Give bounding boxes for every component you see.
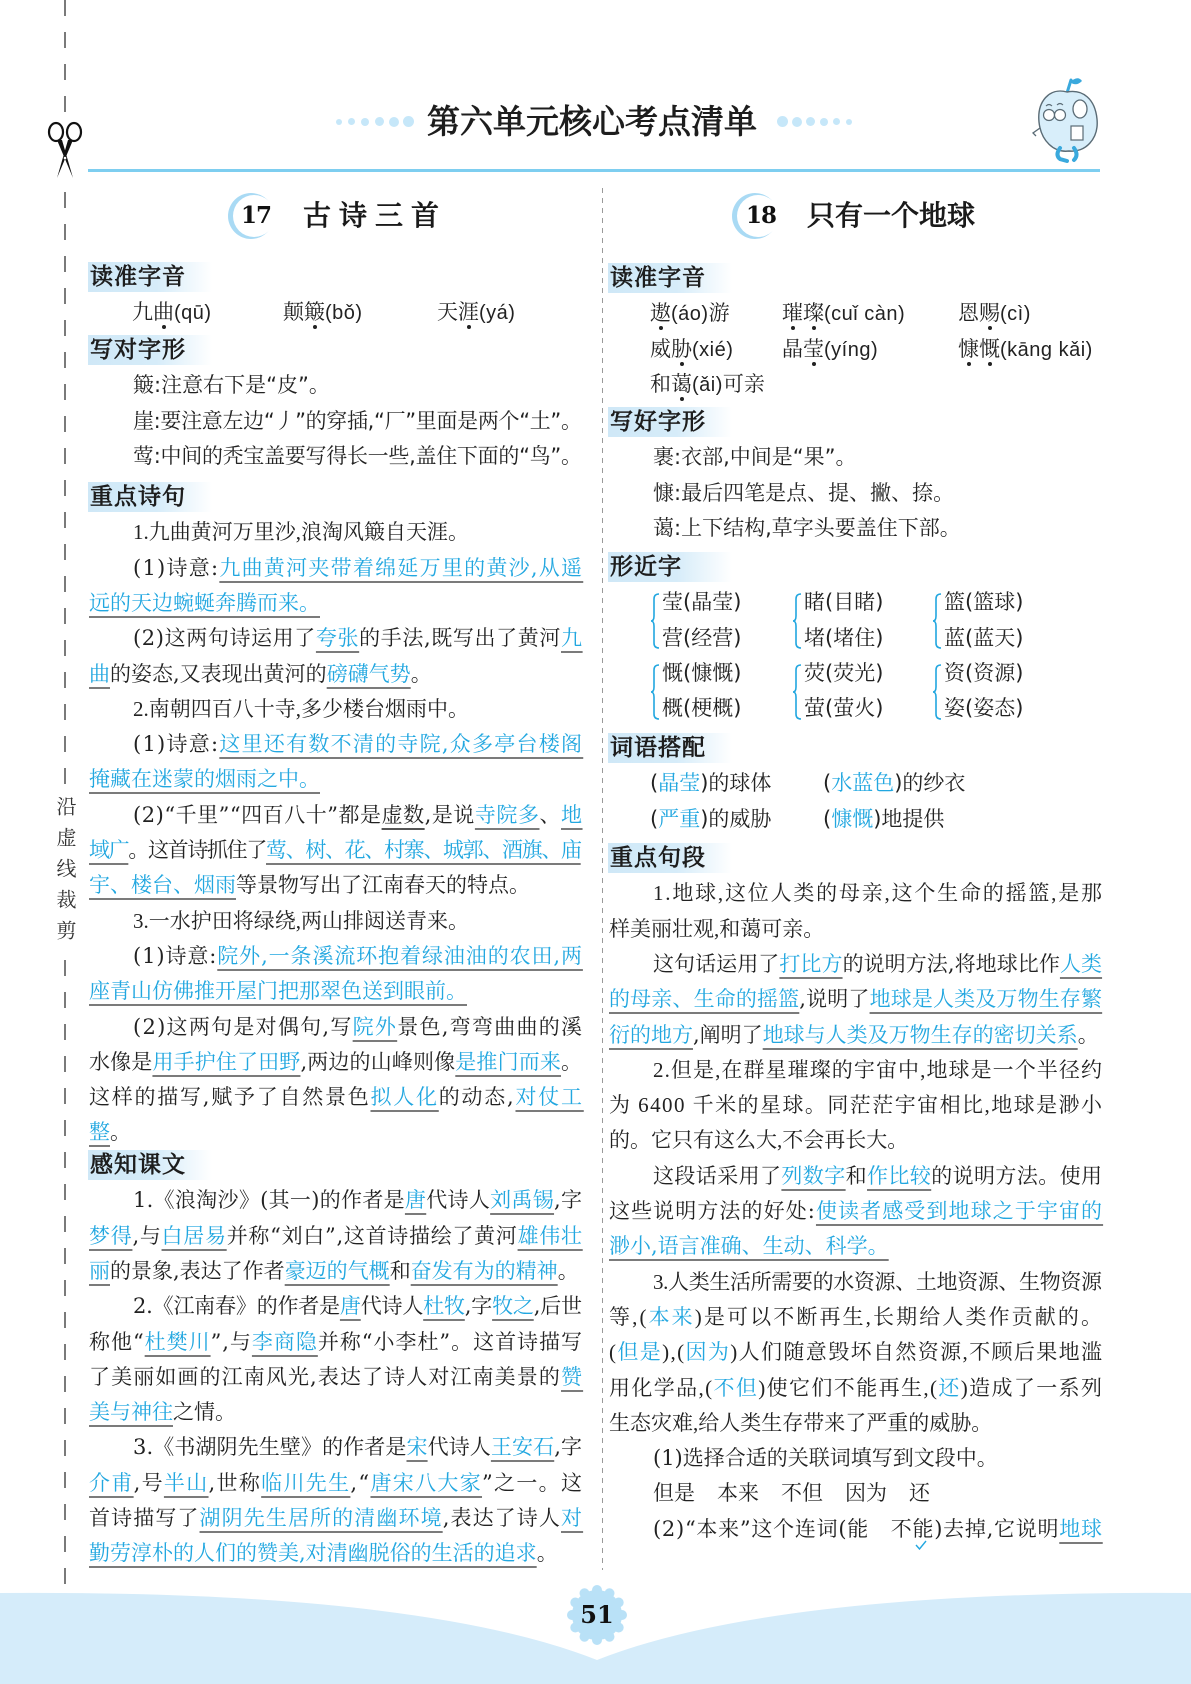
text-line: 整。 bbox=[89, 1115, 582, 1150]
section-pronunciation-17: 读准字音 九曲(qū)颠簸(bǒ)天涯(yá) bbox=[89, 262, 582, 331]
answer-text: 对仗工 bbox=[515, 1085, 583, 1109]
lesson-title: 只有一个地球 bbox=[807, 193, 975, 239]
text-line: 的。它只有这么大,不会再长大。 bbox=[609, 1123, 1102, 1158]
dotted-char: 涯 bbox=[458, 295, 479, 330]
text-run: 莺:中间的秃宝盖要写得长一些,盖住下面的“鸟”。 bbox=[133, 444, 582, 468]
pinyin-text: (ǎi) bbox=[692, 374, 723, 396]
decor-dot bbox=[403, 116, 414, 127]
word-bank: 但是本来不但因为还 bbox=[609, 1476, 1102, 1511]
answer-text: 打比方 bbox=[779, 952, 842, 976]
text-line: 生态灾难,给人类生存带来了严重的威胁。 bbox=[609, 1406, 1102, 1441]
section-heading: 写对字形 bbox=[88, 335, 212, 365]
answer-text: 宇、楼台、烟雨 bbox=[89, 873, 236, 897]
text-line: (1)诗意:九曲黄河夹带着绵延万里的黄沙,从遥 bbox=[89, 551, 582, 586]
word-char: 晶 bbox=[782, 337, 803, 361]
text-line: 用化学品,(不但)使它们不能再生,(还)造成了一系列 bbox=[609, 1371, 1102, 1406]
paragraph: 蔼:上下结构,草字头要盖住下部。 bbox=[609, 511, 1102, 546]
similar-char-word: 资(资源) bbox=[944, 656, 1023, 691]
section-heading: 感知课文 bbox=[88, 1150, 212, 1180]
text-line: (2)“千里”“四百八十”都是虚数,是说寺院多、地 bbox=[89, 798, 582, 833]
column-divider-dashed bbox=[602, 188, 603, 1570]
paragraph: 这段话采用了列数字和作比较的说明方法。使用这些说明方法的好处:使读者感受到地球之… bbox=[609, 1159, 1102, 1265]
similar-chars-row: 慨(慷慨)概(梗概)荧(荧光)萤(萤火)资(资源)姿(姿态) bbox=[609, 656, 1102, 727]
paragraph: (1)诗意:院外,一条溪流环抱着绿油油的农田,两座青山仿佛推开屋门把那翠色送到眼… bbox=[89, 939, 582, 1010]
answer-text: 半山 bbox=[164, 1471, 209, 1495]
text-run: ,字 bbox=[554, 1188, 582, 1212]
collocation: (水蓝色)的纱衣 bbox=[823, 766, 965, 801]
text-line: 莺:中间的秃宝盖要写得长一些,盖住下面的“鸟”。 bbox=[89, 439, 582, 474]
paragraph: 莺:中间的秃宝盖要写得长一些,盖住下面的“鸟”。 bbox=[89, 439, 582, 474]
poem-paragraph: 3.一水护田将绿绕,两山排闼送青来。 bbox=[89, 904, 582, 939]
similar-char-word: 慨(慷慨) bbox=[662, 656, 741, 691]
dotted-char: 慨 bbox=[979, 332, 1000, 367]
section-glyph-writing-17: 写对字形 簸:注意右下是“皮”。崖:要注意左边“丿”的穿插,“厂”里面是两个“土… bbox=[89, 335, 582, 474]
answer-text: 杜牧 bbox=[423, 1294, 465, 1318]
decor-dot bbox=[375, 117, 384, 126]
answer-text: 宋 bbox=[406, 1435, 427, 1459]
dotted-char: 胁 bbox=[671, 332, 692, 367]
decor-dot bbox=[361, 118, 369, 126]
paragraph: (2)“千里”“四百八十”都是虚数,是说寺院多、地域广。这首诗抓住了莺、树、花、… bbox=[89, 798, 582, 904]
word-char: 可亲 bbox=[723, 372, 765, 396]
text-run: 3.一水护田将绿绕,两山排闼送青来。 bbox=[133, 909, 469, 933]
answer-text: 李商隐 bbox=[252, 1330, 318, 1354]
paragraph: (1)诗意:九曲黄河夹带着绵延万里的黄沙,从遥远的天边蜿蜒奔腾而来。 bbox=[89, 551, 582, 622]
similar-char-word: 堵(堵住) bbox=[804, 621, 883, 656]
text-line: 这些说明方法的好处:使读者感受到地球之于宇宙的 bbox=[609, 1194, 1102, 1229]
text-line: (2)“本来”这个连词(能 不能)去掉,它说明地球 bbox=[609, 1512, 1102, 1547]
pinyin-text: (yíng) bbox=[824, 339, 878, 361]
text-line: 1.地球,这位人类的母亲,这个生命的摇篮,是那 bbox=[609, 876, 1102, 911]
word-char: 天 bbox=[437, 300, 458, 324]
text-run: )人们随意毁坏自然资源,不顾后果地滥 bbox=[730, 1340, 1103, 1364]
dotted-char: 慷 bbox=[958, 332, 979, 367]
text-run: )地提供 bbox=[873, 807, 944, 831]
text-run: 。 bbox=[558, 1259, 579, 1283]
text-run: 。 bbox=[110, 1120, 131, 1144]
word-char: 和 bbox=[650, 372, 671, 396]
dotted-char: 曲 bbox=[153, 295, 174, 330]
similar-char-word: 荧(荧光) bbox=[804, 656, 883, 691]
text-run: 2.南朝四百八十寺,多少楼台烟雨中。 bbox=[133, 697, 469, 721]
collocation: (慷慨)地提供 bbox=[823, 802, 944, 837]
answer-text: 院外 bbox=[353, 1015, 398, 1039]
text-run: 慷:最后四笔是点、提、撇、捺。 bbox=[653, 481, 954, 505]
decor-dot bbox=[348, 118, 355, 125]
text-run: 代诗人 bbox=[361, 1294, 423, 1318]
text-line: 域广。这首诗抓住了莺、树、花、村寨、城郭、酒旗、庙 bbox=[89, 833, 582, 868]
paragraph-list: 1.《浪淘沙》(其一)的作者是唐代诗人刘禹锡,字梦得,与白居易并称“刘白”,这首… bbox=[89, 1183, 582, 1571]
answer-text: 对 bbox=[561, 1506, 583, 1530]
text-run: 的姿态,又表现出黄河的 bbox=[110, 662, 327, 686]
pinyin-text: (cì) bbox=[1000, 303, 1031, 325]
pinyin-list: 九曲(qū)颠簸(bǒ)天涯(yá) bbox=[89, 295, 582, 330]
pinyin-entry: 和蔼(ǎi)可亲 bbox=[650, 367, 765, 402]
filled-blank-answer: 不但 bbox=[714, 1376, 759, 1400]
answer-text: 唐 bbox=[340, 1294, 361, 1318]
paragraph: 簸:注意右下是“皮”。 bbox=[89, 368, 582, 403]
quote-paragraph: 2.但是,在群星璀璨的宇宙中,地球是一个半径约为 6400 千米的星球。同茫茫宇… bbox=[609, 1053, 1102, 1159]
dotted-char: 璨 bbox=[803, 296, 824, 331]
answer-text: 这里还有数不清的寺院,众多亭台楼阁 bbox=[219, 732, 583, 756]
pinyin-entry: 恩赐(cì) bbox=[958, 296, 1031, 331]
similar-chars-list: 莹(晶莹)营(经营)睹(目睹)堵(堵住)篮(篮球)蓝(蓝天)慨(慷慨)概(梗概)… bbox=[609, 585, 1102, 726]
text-line: 2.南朝四百八十寺,多少楼台烟雨中。 bbox=[89, 692, 582, 727]
text-run: ,说明了 bbox=[799, 987, 869, 1011]
section-glyph-writing-18: 写好字形 裹:衣部,中间是“果”。慷:最后四笔是点、提、撇、捺。蔼:上下结构,草… bbox=[609, 407, 1102, 546]
curly-brace-icon bbox=[650, 664, 660, 720]
answer-text: 湖阴先生居所的清幽环境 bbox=[200, 1506, 443, 1530]
pinyin-text: (bǒ) bbox=[325, 302, 363, 324]
text-run: 水像是 bbox=[89, 1050, 152, 1074]
text-line: 3.《书湖阴先生壁》的作者是宋代诗人王安石,字 bbox=[89, 1430, 582, 1465]
text-run: ,号 bbox=[134, 1471, 164, 1495]
filled-blank-answer: 水蓝色 bbox=[831, 771, 894, 795]
answer-text: 勤劳淳朴的人们的赞美,对清幽脱俗的生活的追求 bbox=[89, 1541, 537, 1565]
similar-char-word: 篮(篮球) bbox=[944, 585, 1023, 620]
text-line: 簸:注意右下是“皮”。 bbox=[89, 368, 582, 403]
decor-dot bbox=[806, 117, 815, 126]
answer-text: 作比较 bbox=[867, 1164, 931, 1188]
text-run: 。 bbox=[561, 1050, 582, 1074]
text-run: (2)这两句诗运用了 bbox=[133, 626, 316, 650]
pinyin-entry: 慷慨(kāng kǎi) bbox=[958, 332, 1093, 367]
dotted-char: 蔼 bbox=[671, 367, 692, 402]
similar-chars-group: 篮(篮球)蓝(蓝天) bbox=[932, 585, 1023, 656]
section-key-verses-17: 重点诗句 1.九曲黄河万里沙,浪淘风簸自天涯。(1)诗意:九曲黄河夹带着绵延万里… bbox=[89, 482, 582, 1151]
text-run: 这句话运用了 bbox=[653, 952, 779, 976]
text-line: 等,(本来)是可以不断再生,长期给人类作贡献的。 bbox=[609, 1300, 1102, 1335]
section-heading: 形近字 bbox=[608, 552, 732, 582]
text-run: )的纱衣 bbox=[894, 771, 965, 795]
answer-text: 地球与人类及万物生存的密切关系 bbox=[763, 1023, 1078, 1047]
pinyin-text: (cuǐ càn) bbox=[824, 303, 905, 325]
similar-chars-group: 莹(晶莹)营(经营) bbox=[650, 585, 741, 656]
answer-text: 的母亲、生命的摇篮 bbox=[609, 987, 799, 1011]
emphasized-chars: 胁 bbox=[671, 337, 692, 361]
pinyin-entry: 天涯(yá) bbox=[437, 295, 515, 330]
text-line: 介甫,号半山,世称临川先生,“唐宋八大家”之一。这 bbox=[89, 1466, 582, 1501]
text-line: 座青山仿佛推开屋门把那翠色送到眼前。 bbox=[89, 974, 582, 1009]
text-line: 水像是用手护住了田野,两边的山峰则像是推门而来。 bbox=[89, 1045, 582, 1080]
text-run: 3.《书湖阴先生壁》的作者是 bbox=[133, 1435, 406, 1459]
section-key-passages-18: 重点句段 1.地球,这位人类的母亲,这个生命的摇篮,是那样美丽壮观,和蔼可亲。这… bbox=[609, 843, 1102, 1547]
paragraph: (2)“本来”这个连词(能 不能)去掉,它说明地球 bbox=[609, 1512, 1102, 1547]
emphasized-chars: 簸 bbox=[304, 300, 325, 324]
answer-text: 唐 bbox=[405, 1188, 426, 1212]
text-line: 2.但是,在群星璀璨的宇宙中,地球是一个半径约 bbox=[609, 1053, 1102, 1088]
text-run: ”之一。这 bbox=[482, 1471, 583, 1495]
answer-text: 人类 bbox=[1060, 952, 1102, 976]
answer-text: 列数字 bbox=[781, 1164, 845, 1188]
emphasized-chars: 涯 bbox=[458, 300, 479, 324]
text-line: 崖:要注意左边“丿”的穿插,“厂”里面是两个“土”。 bbox=[89, 404, 582, 439]
answer-text: 曲 bbox=[89, 662, 110, 686]
decor-dot bbox=[820, 118, 828, 126]
text-run: 1.九曲黄河万里沙,浪淘风簸自天涯。 bbox=[133, 520, 469, 544]
dotted-char: 簸 bbox=[304, 295, 325, 330]
answer-text: 临川先生 bbox=[261, 1471, 350, 1495]
text-line: (1)诗意:院外,一条溪流环抱着绿油油的农田,两 bbox=[89, 939, 582, 974]
decor-dot bbox=[792, 117, 802, 127]
text-run: 称他“ bbox=[89, 1330, 145, 1354]
text-run: 。这首诗抓住了 bbox=[128, 838, 266, 862]
paragraph: (1)选择合适的关联词填写到文段中。 bbox=[609, 1441, 1102, 1476]
text-line: 称他“杜樊川”,与李商隐并称“小李杜”。这首诗描写 bbox=[89, 1325, 582, 1360]
word-bank-option: 不但 bbox=[781, 1481, 823, 1505]
poem-paragraph: 1.九曲黄河万里沙,浪淘风簸自天涯。 bbox=[89, 515, 582, 550]
text-run: ( bbox=[823, 807, 831, 831]
answer-text: 唐宋八大家 bbox=[370, 1471, 482, 1495]
text-run: ,后世 bbox=[534, 1294, 582, 1318]
curly-brace-icon bbox=[932, 593, 942, 649]
text-line: (1)诗意:这里还有数不清的寺院,众多亭台楼阁 bbox=[89, 727, 582, 762]
emphasized-chars: 赐 bbox=[979, 301, 1000, 325]
text-run: ,表达了诗人 bbox=[443, 1506, 561, 1530]
section-heading: 读准字音 bbox=[88, 262, 212, 292]
section-heading: 重点句段 bbox=[608, 843, 732, 873]
answer-text: 远的天边蜿蜒奔腾而来。 bbox=[89, 591, 320, 615]
answer-text: 豪迈的气概 bbox=[285, 1259, 390, 1283]
answer-text: 杜樊川 bbox=[145, 1330, 211, 1354]
decor-dot bbox=[389, 117, 399, 127]
similar-char-word: 姿(姿态) bbox=[944, 691, 1023, 726]
text-run: ,是说 bbox=[425, 803, 475, 827]
text-run: 的景象,表达了作者 bbox=[110, 1259, 285, 1283]
pinyin-entry: 晶莹(yíng) bbox=[782, 332, 878, 367]
pinyin-row: 和蔼(ǎi)可亲 bbox=[609, 367, 1102, 402]
word-char: 九 bbox=[132, 300, 153, 324]
collocation-row: (严重)的威胁(慷慨)地提供 bbox=[609, 802, 1102, 837]
pinyin-text: (áo) bbox=[671, 303, 709, 325]
similar-chars-group: 荧(荧光)萤(萤火) bbox=[792, 656, 883, 727]
text-run: 用化学品,( bbox=[609, 1376, 714, 1400]
answer-text: 夸张 bbox=[316, 626, 359, 650]
dotted-char: 璀 bbox=[782, 296, 803, 331]
pinyin-text: (yá) bbox=[479, 302, 515, 324]
text-run: ,与 bbox=[132, 1224, 161, 1248]
answer-text: 九曲黄河夹带着绵延万里的黄沙,从遥 bbox=[219, 556, 583, 580]
section-heading: 重点诗句 bbox=[88, 482, 212, 512]
collocation: (严重)的威胁 bbox=[650, 802, 771, 837]
text-line: 样美丽壮观,和蔼可亲。 bbox=[609, 912, 1102, 947]
text-line: (2)这两句是对偶句,写院外景色,弯弯曲曲的溪 bbox=[89, 1010, 582, 1045]
paragraph: 这句话运用了打比方的说明方法,将地球比作人类的母亲、生命的摇篮,说明了地球是人类… bbox=[609, 947, 1102, 1053]
pinyin-row: 九曲(qū)颠簸(bǒ)天涯(yá) bbox=[89, 295, 582, 330]
text-line: 1.《浪淘沙》(其一)的作者是唐代诗人刘禹锡,字 bbox=[89, 1183, 582, 1218]
text-run: 3.人类生活所需要的水资源、土地资源、生物资源 bbox=[653, 1270, 1102, 1294]
answer-text: 寺院多 bbox=[475, 803, 540, 827]
curly-brace-icon bbox=[650, 593, 660, 649]
answer-text: 丽 bbox=[89, 1259, 110, 1283]
paragraph-list: 簸:注意右下是“皮”。崖:要注意左边“丿”的穿插,“厂”里面是两个“土”。莺:中… bbox=[89, 368, 582, 474]
text-run: ,字 bbox=[554, 1435, 582, 1459]
paragraph: 1.《浪淘沙》(其一)的作者是唐代诗人刘禹锡,字梦得,与白居易并称“刘白”,这首… bbox=[89, 1183, 582, 1289]
text-run: 崖:要注意左边“丿”的穿插,“厂”里面是两个“土”。 bbox=[133, 409, 582, 433]
text-run: 这样的描写,赋予了自然景色 bbox=[89, 1085, 371, 1109]
text-run: 的说明方法。使用 bbox=[931, 1164, 1102, 1188]
text-run: ,“ bbox=[350, 1471, 370, 1495]
text-run: 1.地球,这位人类的母亲,这个生命的摇篮,是那 bbox=[653, 881, 1104, 905]
scissors-icon bbox=[45, 119, 85, 181]
word-bank-option: 还 bbox=[909, 1481, 930, 1505]
section-similar-characters-18: 形近字 莹(晶莹)营(经营)睹(目睹)堵(堵住)篮(篮球)蓝(蓝天)慨(慷慨)概… bbox=[609, 552, 1102, 727]
similar-chars-group: 睹(目睹)堵(堵住) bbox=[792, 585, 883, 656]
paragraph: 崖:要注意左边“丿”的穿插,“厂”里面是两个“土”。 bbox=[89, 404, 582, 439]
pinyin-list: 遨(áo)游璀璨(cuǐ càn)恩赐(cì)威胁(xié)晶莹(yíng)慷慨… bbox=[609, 296, 1102, 402]
emphasized-chars: 慷慨 bbox=[958, 337, 1000, 361]
poem-paragraph: 2.南朝四百八十寺,多少楼台烟雨中。 bbox=[89, 692, 582, 727]
text-line: 蔼:上下结构,草字头要盖住下部。 bbox=[609, 511, 1102, 546]
similar-char-word: 营(经营) bbox=[662, 621, 741, 656]
word-bank-option: 本来 bbox=[717, 1481, 759, 1505]
quote-paragraph: 1.地球,这位人类的母亲,这个生命的摇篮,是那样美丽壮观,和蔼可亲。 bbox=[609, 876, 1102, 947]
answer-text: 用手护住了田野 bbox=[152, 1050, 300, 1074]
paragraph-list: 裹:衣部,中间是“果”。慷:最后四笔是点、提、撇、捺。蔼:上下结构,草字头要盖住… bbox=[609, 440, 1102, 546]
answer-text: 拟人化 bbox=[371, 1085, 439, 1109]
text-line: 了美丽如画的江南风光,表达了诗人对江南美景的赞 bbox=[89, 1360, 582, 1395]
text-line: 为 6400 千米的星球。同茫茫宇宙相比,地球是渺小 bbox=[609, 1088, 1102, 1123]
word-char: 恩 bbox=[958, 301, 979, 325]
collocation: (晶莹)的球体 bbox=[650, 766, 771, 801]
lesson-number: 17 bbox=[236, 193, 276, 239]
text-run: 2.但是,在群星璀璨的宇宙中,地球是一个半径约 bbox=[653, 1058, 1103, 1082]
page-title: 第六单元核心考点清单 bbox=[417, 100, 767, 144]
answer-text: 王安石 bbox=[491, 1435, 554, 1459]
text-run: 和 bbox=[846, 1164, 867, 1188]
decor-dot bbox=[336, 119, 342, 125]
filled-blank-answer: 慷慨 bbox=[831, 807, 873, 831]
text-run: 簸:注意右下是“皮”。 bbox=[133, 373, 330, 397]
text-run: 的手法,既写出了黄河 bbox=[359, 626, 561, 650]
section-text-comprehension-17: 感知课文 1.《浪淘沙》(其一)的作者是唐代诗人刘禹锡,字梦得,与白居易并称“刘… bbox=[89, 1150, 582, 1572]
text-line: 渺小,语言准确、生动、科学。 bbox=[609, 1229, 1102, 1264]
text-run: (2)“千里”“四百八十”都是 bbox=[133, 803, 382, 827]
paragraph-list: 1.九曲黄河万里沙,浪淘风簸自天涯。(1)诗意:九曲黄河夹带着绵延万里的黄沙,从… bbox=[89, 515, 582, 1150]
pinyin-entry: 九曲(qū) bbox=[132, 295, 212, 330]
text-line: 美与神往之情。 bbox=[89, 1395, 582, 1430]
emphasized-chars: 遨 bbox=[650, 301, 671, 325]
answer-text: 白居易 bbox=[162, 1224, 227, 1248]
similar-chars-group: 慨(慷慨)概(梗概) bbox=[650, 656, 741, 727]
text-run: 生态灾难,给人类生存带来了严重的威胁。 bbox=[609, 1411, 992, 1435]
emphasized-chars: 蔼 bbox=[671, 372, 692, 396]
cut-hint-vertical-text: 沿虚线裁剪 bbox=[53, 794, 77, 954]
answer-text: 九 bbox=[561, 626, 583, 650]
paragraph: 慷:最后四笔是点、提、撇、捺。 bbox=[609, 476, 1102, 511]
paragraph-list: 1.地球,这位人类的母亲,这个生命的摇篮,是那样美丽壮观,和蔼可亲。这句话运用了… bbox=[609, 876, 1102, 1547]
pinyin-row: 威胁(xié)晶莹(yíng)慷慨(kāng kǎi) bbox=[609, 332, 1102, 367]
text-line: 的母亲、生命的摇篮,说明了地球是人类及万物生存繁 bbox=[609, 982, 1102, 1017]
text-line: 这样的描写,赋予了自然景色拟人化的动态,对仗工 bbox=[89, 1080, 582, 1115]
text-run: 并称“刘白”,这首诗描绘了黄河 bbox=[227, 1224, 518, 1248]
answer-text: 掩藏在迷蒙的烟雨之中。 bbox=[89, 767, 320, 791]
text-run: )的威胁 bbox=[700, 807, 771, 831]
answer-text: 使读者感受到地球之于宇宙的 bbox=[816, 1199, 1103, 1223]
text-line: 梦得,与白居易并称“刘白”,这首诗描绘了黄河雄伟壮 bbox=[89, 1219, 582, 1254]
text-line: 3.人类生活所需要的水资源、土地资源、生物资源 bbox=[609, 1265, 1102, 1300]
answer-text: 莺、树、花、村寨、城郭、酒旗、庙 bbox=[266, 838, 581, 862]
emphasized-chars: 莹 bbox=[803, 337, 824, 361]
text-run: (1)选择合适的关联词填写到文段中。 bbox=[653, 1446, 998, 1470]
curly-brace-icon bbox=[792, 593, 802, 649]
filled-blank-answer: 严重 bbox=[658, 807, 700, 831]
text-run: 的。它只有这么大,不会再长大。 bbox=[609, 1128, 908, 1152]
text-run: (1)诗意: bbox=[133, 732, 219, 756]
checked-option: 不能 bbox=[891, 1512, 934, 1547]
answer-text: 地球是人类及万物生存繁 bbox=[870, 987, 1103, 1011]
decor-dot bbox=[846, 119, 852, 125]
word-char: 颠 bbox=[283, 300, 304, 324]
similar-char-word: 睹(目睹) bbox=[804, 585, 883, 620]
text-line: 远的天边蜿蜒奔腾而来。 bbox=[89, 586, 582, 621]
answer-text: 整 bbox=[89, 1120, 110, 1144]
text-line: 2.《江南春》的作者是唐代诗人杜牧,字牧之,后世 bbox=[89, 1289, 582, 1324]
answer-text: 奋发有为的精神 bbox=[411, 1259, 558, 1283]
answer-text: 赞 bbox=[561, 1365, 583, 1389]
dotted-char: 赐 bbox=[979, 296, 1000, 331]
text-run: ),( bbox=[662, 1340, 685, 1364]
text-line: 宇、楼台、烟雨等景物写出了江南春天的特点。 bbox=[89, 868, 582, 903]
text-run: 等,( bbox=[609, 1305, 649, 1329]
text-run: )使它们不能再生,( bbox=[758, 1376, 938, 1400]
quote-paragraph: 3.人类生活所需要的水资源、土地资源、生物资源等,(本来)是可以不断再生,长期给… bbox=[609, 1265, 1102, 1441]
text-line: 衍的地方,阐明了地球与人类及万物生存的密切关系。 bbox=[609, 1018, 1102, 1053]
answer-text: 地 bbox=[561, 803, 583, 827]
answer-text: 梦得 bbox=[89, 1224, 132, 1248]
answer-text: 刘禹锡 bbox=[490, 1188, 554, 1212]
text-run: ( bbox=[650, 771, 658, 795]
text-line: 这句话运用了打比方的说明方法,将地球比作人类 bbox=[609, 947, 1102, 982]
text-line: 这段话采用了列数字和作比较的说明方法。使用 bbox=[609, 1159, 1102, 1194]
emphasized-chars: 曲 bbox=[153, 300, 174, 324]
filled-blank-answer: 晶莹 bbox=[658, 771, 700, 795]
text-run: (1)诗意: bbox=[133, 556, 219, 580]
text-run: 代诗人 bbox=[428, 1435, 491, 1459]
text-run: ( bbox=[650, 807, 658, 831]
section-heading: 读准字音 bbox=[608, 263, 732, 293]
text-run: (1)诗意: bbox=[133, 944, 217, 968]
answer-text: 美与神往 bbox=[89, 1400, 173, 1424]
similar-chars-group: 资(资源)姿(姿态) bbox=[932, 656, 1023, 727]
text-run: (2)“本来”这个连词(能 bbox=[653, 1517, 891, 1541]
answer-text: 地球 bbox=[1059, 1517, 1102, 1541]
section-heading: 写好字形 bbox=[608, 407, 732, 437]
page-number: 51 bbox=[567, 1597, 627, 1633]
paragraph: 裹:衣部,中间是“果”。 bbox=[609, 440, 1102, 475]
text-line: 掩藏在迷蒙的烟雨之中。 bbox=[89, 762, 582, 797]
answer-text: 域广 bbox=[89, 838, 128, 862]
text-run: ( bbox=[823, 771, 831, 795]
text-line: 3.一水护田将绿绕,两山排闼送青来。 bbox=[89, 904, 582, 939]
answer-text: 是推门而来 bbox=[455, 1050, 561, 1074]
text-run: 之情。 bbox=[173, 1400, 236, 1424]
dotted-char: 遨 bbox=[650, 296, 671, 331]
text-run: ,两边的山峰则像 bbox=[300, 1050, 455, 1074]
paragraph: 3.《书湖阴先生壁》的作者是宋代诗人王安石,字介甫,号半山,世称临川先生,“唐宋… bbox=[89, 1430, 582, 1571]
text-run: 了美丽如画的江南风光,表达了诗人对江南美景的 bbox=[89, 1365, 561, 1389]
lesson-number: 18 bbox=[741, 193, 781, 239]
answer-text: 磅礴气势 bbox=[327, 662, 411, 686]
filled-blank-answer: 本来 bbox=[649, 1305, 695, 1329]
answer-text: 院外,一条溪流环抱着绿油油的农田,两 bbox=[217, 944, 583, 968]
text-run: 蔼:上下结构,草字头要盖住下部。 bbox=[653, 516, 961, 540]
pinyin-entry: 遨(áo)游 bbox=[650, 296, 730, 331]
text-line: 勤劳淳朴的人们的赞美,对清幽脱俗的生活的追求。 bbox=[89, 1536, 582, 1571]
text-run: 首诗描写了 bbox=[89, 1506, 200, 1530]
text-run: ”,与 bbox=[211, 1330, 252, 1354]
text-run: 代诗人 bbox=[426, 1188, 490, 1212]
